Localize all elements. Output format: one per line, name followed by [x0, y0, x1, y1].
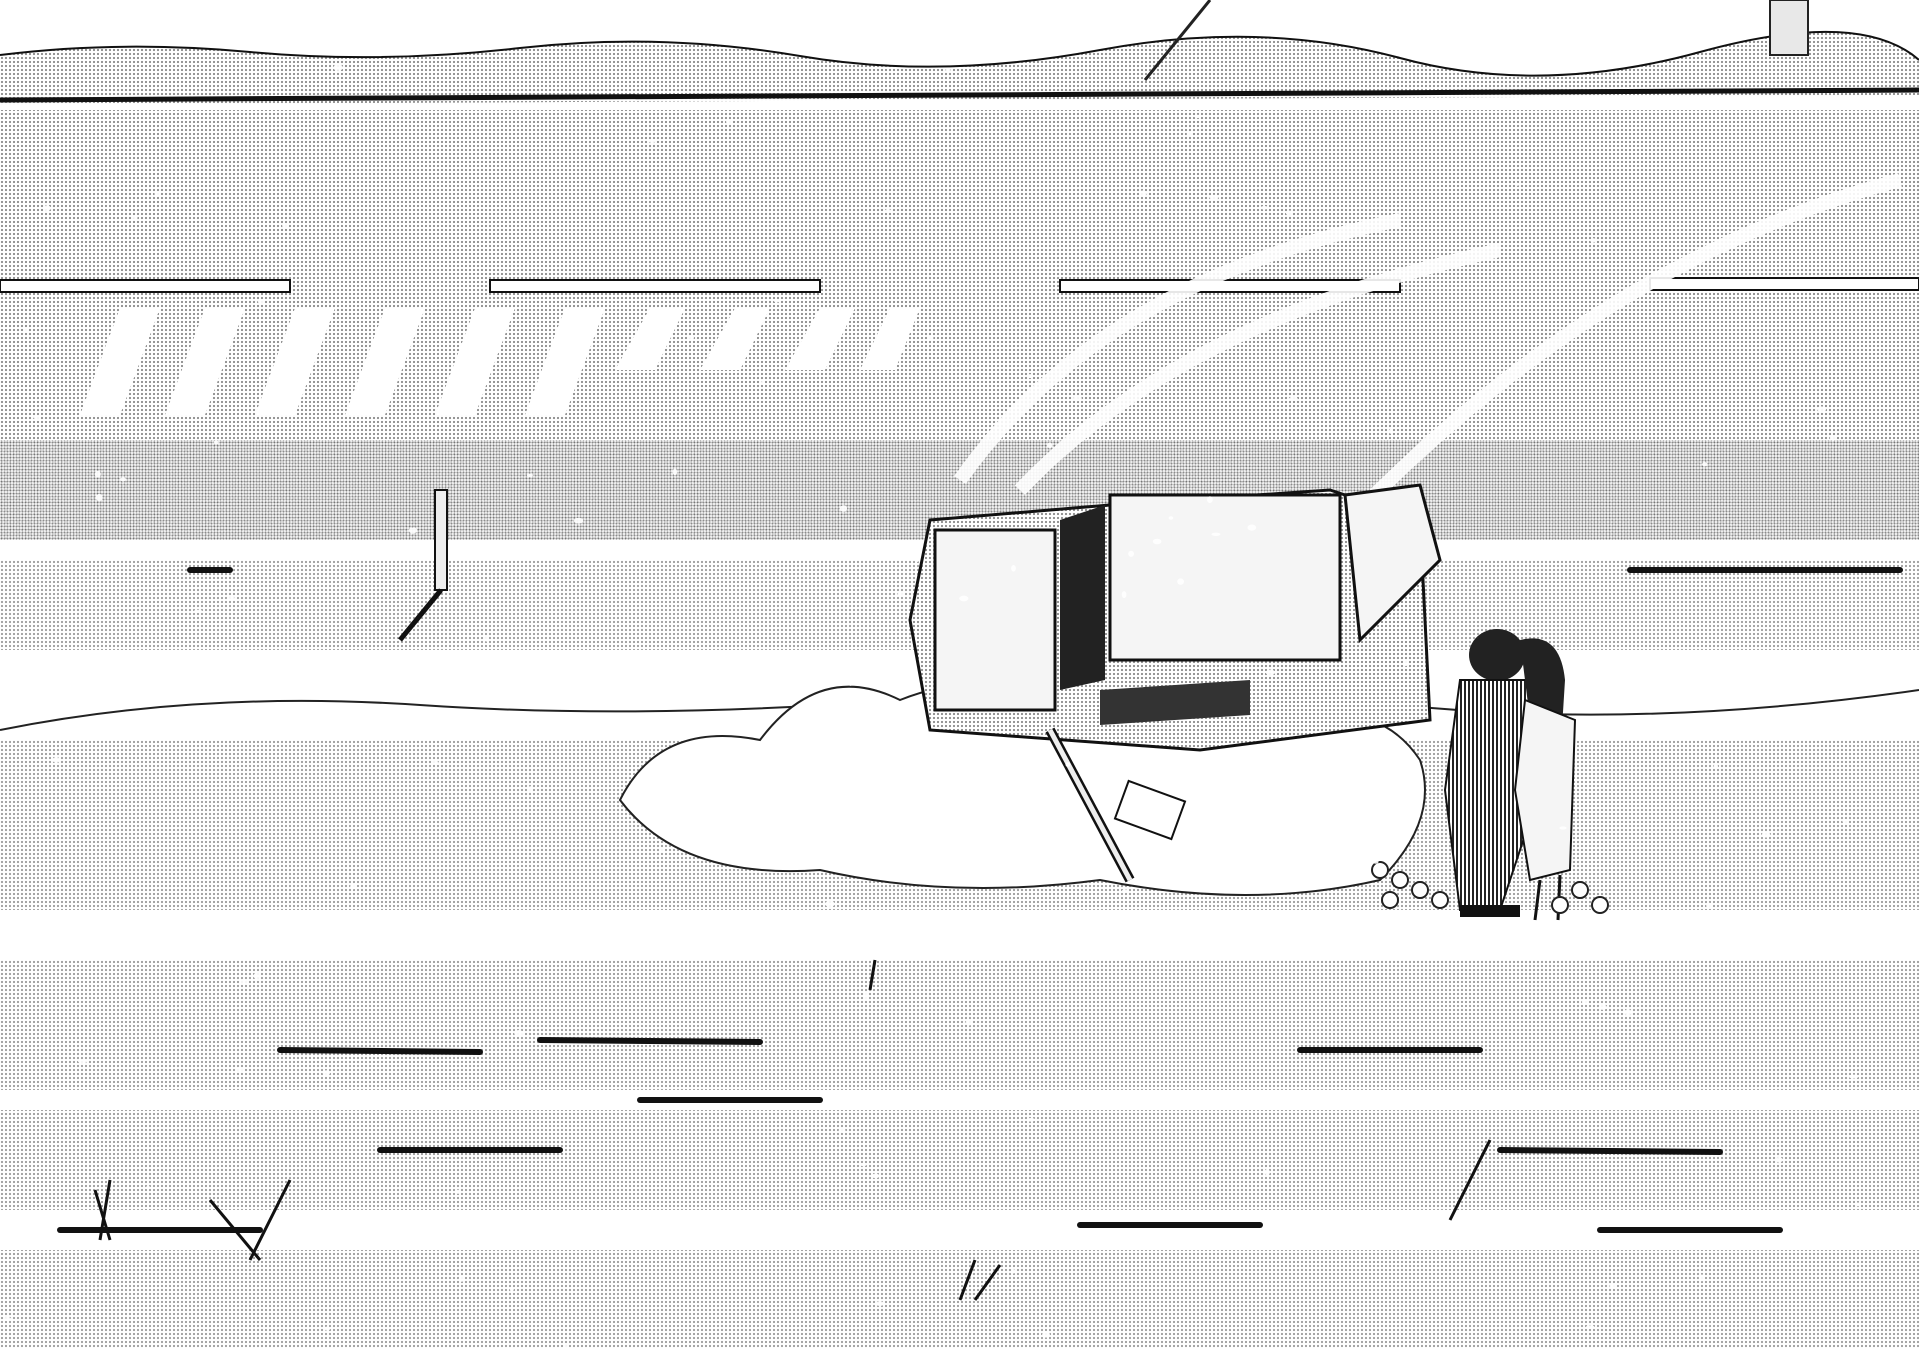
windshield	[1060, 505, 1105, 690]
post	[1770, 0, 1808, 55]
car-roof	[1110, 495, 1340, 660]
road	[0, 110, 1919, 540]
manga-panel	[0, 0, 1919, 1348]
car-hood	[935, 530, 1055, 710]
